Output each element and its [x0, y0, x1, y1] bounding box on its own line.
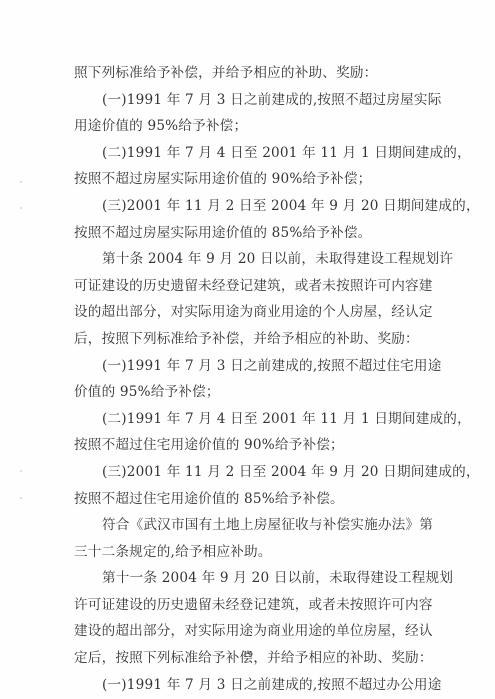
scan-speck — [20, 470, 22, 472]
document-body: 照下列标准给予补偿，并给予相应的补助、奖励：(一)1991 年 7 月 3 日之… — [74, 60, 419, 698]
text-line: 三十二条规定的,给予相应补助。 — [74, 539, 419, 566]
text-line: 按照不超过住宅用途价值的 90%给予补偿； — [74, 432, 419, 459]
text-line: 价值的 95%给予补偿； — [74, 379, 419, 406]
scan-speck — [20, 497, 22, 499]
document-page: 照下列标准给予补偿，并给予相应的补助、奖励：(一)1991 年 7 月 3 日之… — [0, 0, 495, 699]
text-line: 可证建设的历史遗留未经登记建筑，或者未按照许可内容建 — [74, 273, 419, 300]
text-line: 按照不超过住宅用途价值的 85%给予补偿。 — [74, 486, 419, 513]
text-line: 后，按照下列标准给予补偿，并给予相应的补助、奖励： — [74, 326, 419, 353]
text-line: 许可证建设的历史遗留未经登记建筑，或者未按照许可内容 — [74, 592, 419, 619]
text-line: 设的超出部分，对实际用途为商业用途的个人房屋，经认定 — [74, 299, 419, 326]
text-line: 第十一条 2004 年 9 月 20 日以前，未取得建设工程规划 — [74, 565, 419, 592]
text-line: 照下列标准给予补偿，并给予相应的补助、奖励： — [74, 60, 419, 87]
text-line: 按照不超过房屋实际用途价值的 85%给予补偿。 — [74, 220, 419, 247]
text-line: (三)2001 年 11 月 2 日至 2004 年 9 月 20 日期间建成的… — [74, 193, 419, 220]
page-number: 19 — [238, 649, 258, 659]
text-line: 建设的超出部分，对实际用途为商业用途的单位房屋，经认 — [74, 618, 419, 645]
text-line: 用途价值的 95%给予补偿； — [74, 113, 419, 140]
scan-speck — [20, 181, 22, 183]
text-line: (一)1991 年 7 月 3 日之前建成的,按照不超过办公用途 — [74, 672, 419, 699]
scan-speck — [20, 207, 22, 209]
text-line: 按照不超过房屋实际用途价值的 90%给予补偿； — [74, 166, 419, 193]
text-line: (一)1991 年 7 月 3 日之前建成的,按照不超过住宅用途 — [74, 353, 419, 380]
text-line: (一)1991 年 7 月 3 日之前建成的,按照不超过房屋实际 — [74, 87, 419, 114]
text-line: (三)2001 年 11 月 2 日至 2004 年 9 月 20 日期间建成的… — [74, 459, 419, 486]
text-line: 符合《武汉市国有土地上房屋征收与补偿实施办法》第 — [74, 512, 419, 539]
text-line: (二)1991 年 7 月 4 日至 2001 年 11 月 1 日期间建成的， — [74, 140, 419, 167]
text-line: (二)1991 年 7 月 4 日至 2001 年 11 月 1 日期间建成的， — [74, 406, 419, 433]
text-line: 第十条 2004 年 9 月 20 日以前，未取得建设工程规划许 — [74, 246, 419, 273]
